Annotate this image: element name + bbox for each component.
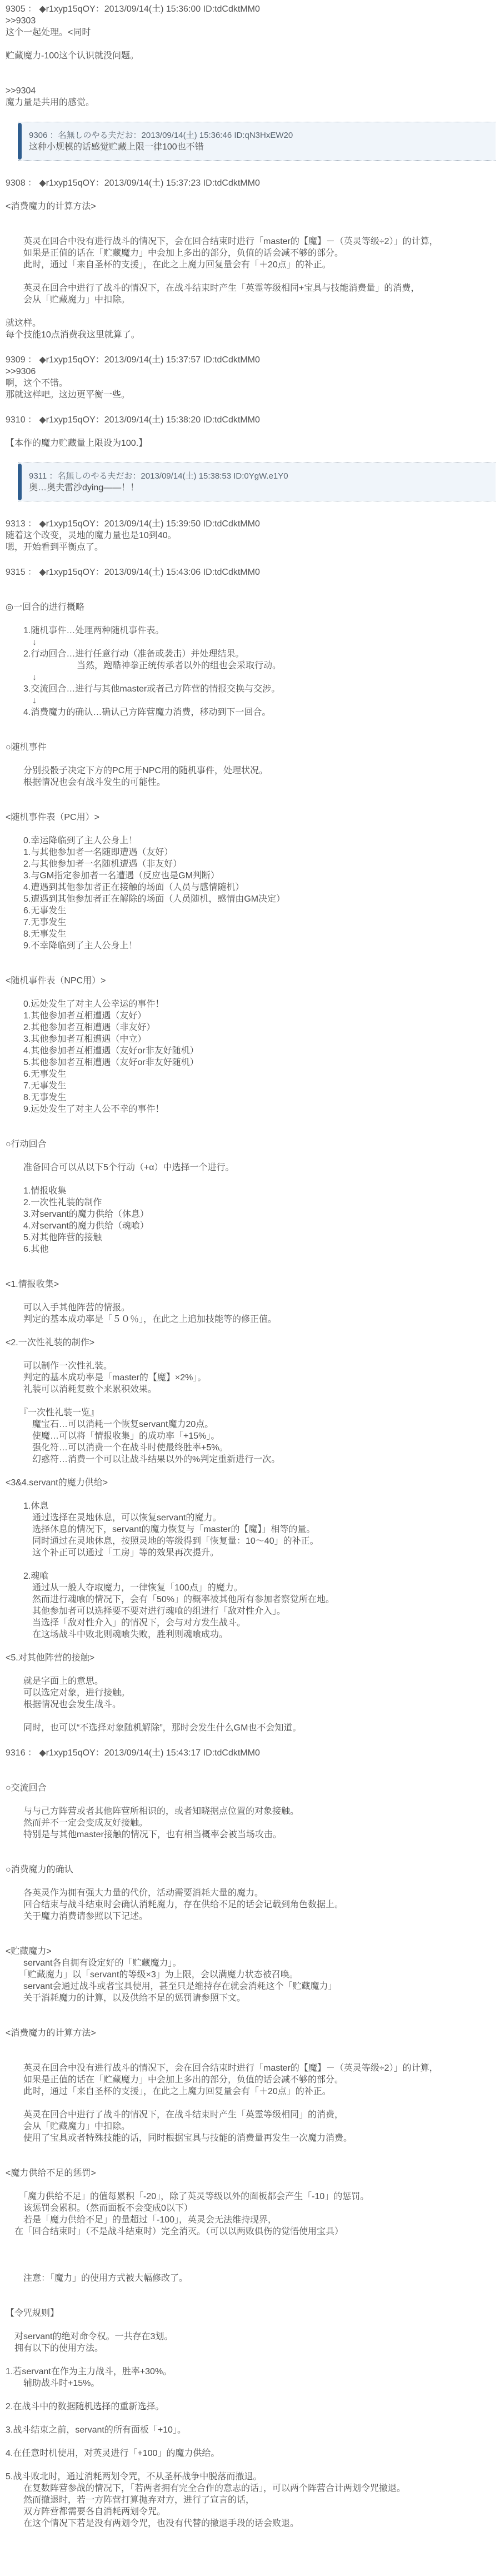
- text-line: 关于魔力消费请参照以下记述。: [6, 1911, 496, 1922]
- text-line: servant会通过战斗或者宝具使用，甚至只是维持存在就会消耗这个「贮藏魔力」: [6, 1981, 496, 1992]
- text-line: 7.无事发生: [6, 917, 496, 928]
- text-line: [6, 1852, 496, 1864]
- text-line: [6, 718, 496, 730]
- text-line: <随机事件表（PC用）>: [6, 812, 496, 823]
- text-line: 啊，这个不错。: [6, 377, 496, 389]
- text-line: [6, 963, 496, 975]
- text-line: 魔力量是共用的感觉。: [6, 97, 496, 108]
- text-line: 2.在战斗中的数据随机选择的重新选择。: [6, 2401, 496, 2413]
- text-line: [6, 2039, 496, 2051]
- text-line: [6, 1876, 496, 1887]
- text-line: 2.其他参加者互相遭遇（非友好）: [6, 1022, 496, 1033]
- text-line: 礼装可以消耗复数个来累积效果。: [6, 1384, 496, 1395]
- text-line: 2.魂喰: [6, 1570, 496, 1582]
- text-line: 3.其他参加者互相遭遇（中立）: [6, 1033, 496, 1045]
- text-line: [6, 2413, 496, 2424]
- text-line: [6, 2179, 496, 2191]
- text-line: [6, 753, 496, 765]
- text-line: [6, 224, 496, 236]
- text-line: 5.战斗败北时，通过消耗两划令咒，不从圣杯战争中脱落而撤退。: [6, 2471, 496, 2483]
- text-line: 通过选择在灵地休息，可以恢复servant的魔力。: [6, 1512, 496, 1524]
- text-line: [6, 2436, 496, 2448]
- text-line: 奥…奥夫雷沙dying——！！: [29, 482, 489, 494]
- text-line: 5.对其他阵营的接触: [6, 1232, 496, 1244]
- text-line: 双方阵营都需要各自消耗两划令咒。: [6, 2506, 496, 2518]
- text-line: 可以制作一次性礼装。: [6, 1360, 496, 1372]
- quote-content: 9306 ：名無しのやる夫だお：2013/09/14(土) 15:36:46 I…: [22, 122, 496, 160]
- text-line: [6, 1710, 496, 1722]
- text-line: [6, 2237, 496, 2249]
- text-line: 5.其他参加者互相遭遇（友好or非友好随机）: [6, 1057, 496, 1068]
- text-line: 准备回合可以从以下5个行动（+α）中选择一个进行。: [6, 1162, 496, 1173]
- text-line: 那就这样吧。这边更平衡一些。: [6, 389, 496, 401]
- text-line: 然而撤退时，若一方阵营打算抛弃对方，进行了宣言的话，: [6, 2494, 496, 2506]
- text-line: 8.无事发生: [6, 1092, 496, 1103]
- text-line: 然而并不一定会变成友好接触。: [6, 1817, 496, 1829]
- text-line: 9.远处发生了对主人公不幸的事件！: [6, 1103, 496, 1115]
- text-line: [6, 578, 496, 590]
- forum-post: 9308 ： ◆r1xyp15qOY：2013/09/14(土) 15:37:2…: [6, 177, 496, 341]
- text-line: [6, 2156, 496, 2167]
- text-line: 与与己方阵营或者其他阵营所相识的，或者知晓据点位置的对象接触。: [6, 1806, 496, 1817]
- text-line: [6, 952, 496, 963]
- forum-post: 9315 ： ◆r1xyp15qOY：2013/09/14(土) 15:43:0…: [6, 566, 496, 1734]
- text-line: 「魔力供给不足」的值每累积「-20」，除了英灵等级以外的面板都会产生「-10」的…: [6, 2191, 496, 2202]
- quote-left-bar: [18, 123, 22, 160]
- post-body: ○交流回合 与与己方阵营或者其他阵营所相识的，或者知晓据点位置的对象接触。 然而…: [6, 1759, 496, 2529]
- text-line: 同时通过在灵地休息，按照灵地的等级得到「恢复量：10～40」的补正。: [6, 1535, 496, 1547]
- text-line: 拥有以下的使用方法。: [6, 2343, 496, 2354]
- quote-post-body: 奥…奥夫雷沙dying——！！: [29, 482, 489, 494]
- text-line: [6, 2284, 496, 2296]
- text-line: 根据情况也会发生战斗。: [6, 1699, 496, 1710]
- text-line: 1.情报收集: [6, 1185, 496, 1197]
- text-line: 这个补正可以通过「工房」等的效果再次提升。: [6, 1547, 496, 1559]
- text-line: 2.行动回合…进行任意行动（准备或袭击）并处理结果。: [6, 648, 496, 660]
- text-line: 判定的基本成功率是「master的【魔】×2%」。: [6, 1372, 496, 1384]
- quote-post-header: 9311 ：名無しのやる夫だお：2013/09/14(土) 15:38:53 I…: [29, 470, 489, 482]
- text-line: 使用了宝具或者特殊技能的话，同时根据宝具与技能的消费量再发生一次魔力消费。: [6, 2132, 496, 2144]
- text-line: 7.无事发生: [6, 1080, 496, 1092]
- text-line: ○消费魔力的确认: [6, 1864, 496, 1876]
- text-line: 英灵在回合中没有进行战斗的情况下，会在回合结束时进行「master的【魔】－（英…: [6, 236, 496, 247]
- text-line: servant各自拥有设定好的「贮藏魔力」。: [6, 1957, 496, 1969]
- quote-left-bar: [18, 464, 22, 500]
- text-line: 对servant的绝对命令权。一共存在3划。: [6, 2331, 496, 2343]
- text-line: 如果是正值的话在「贮藏魔力」中会加上多出的部分，负值的话会减不够的部分。: [6, 2074, 496, 2086]
- text-line: [6, 271, 496, 282]
- text-line: 特别是与其他master接触的情况下，也有相当概率会被当场攻击。: [6, 1829, 496, 1841]
- reply-anchor: >>9306: [6, 366, 496, 377]
- text-line: 强化符…可以消费一个在战斗时使最终胜率+5%。: [6, 1442, 496, 1454]
- text-line: [6, 2097, 496, 2109]
- text-line: [6, 1395, 496, 1407]
- text-line: [6, 2249, 496, 2261]
- text-line: ↓: [6, 672, 496, 683]
- text-line: 每个技能10点消费我这里就算了。: [6, 329, 496, 341]
- text-line: [6, 2051, 496, 2062]
- text-line: 3.交流回合…进行与其他master或者己方阵营的情报交换与交涉。: [6, 683, 496, 695]
- text-line: 1.休息: [6, 1500, 496, 1512]
- text-line: 使魔…可以将「情报收集」的成功率「+15%」。: [6, 1430, 496, 1442]
- text-line: [6, 1922, 496, 1934]
- text-line: 此时，通过「来自圣杯的支援」，在此之上魔力回复量会有「＋20点」的补正。: [6, 259, 496, 271]
- text-line: <1.情报收集>: [6, 1279, 496, 1290]
- text-line: [6, 1349, 496, 1360]
- text-line: 同时，也可以“不选择对象随机解除”，那时会发生什么GM也不会知道。: [6, 1722, 496, 1734]
- text-line: 回合结束与战斗结束时会确认消耗魔力，存在供给不足的话会记载到角色数据上。: [6, 1899, 496, 1911]
- text-line: 0.远处发生了对主人公幸运的事件！: [6, 998, 496, 1010]
- text-line: [6, 212, 496, 224]
- post-body: 随着这个改变，灵地的魔力量也是10到40。嗯，开始看到平衡点了。: [6, 530, 496, 553]
- text-line: [6, 1290, 496, 1302]
- forum-post: 9313 ： ◆r1xyp15qOY：2013/09/14(土) 15:39:5…: [6, 518, 496, 553]
- text-line: [6, 1771, 496, 1782]
- quote-post-body: 这种小规模的话感觉贮藏上限一律100也不错: [29, 141, 489, 153]
- text-line: [6, 2389, 496, 2401]
- text-line: [6, 590, 496, 601]
- text-line: [6, 38, 496, 50]
- text-line: [6, 2296, 496, 2308]
- text-line: 5.遭遇到其他参加者正在解除的场面（人员随机，感情由GM决定）: [6, 893, 496, 905]
- text-line: [6, 1934, 496, 1946]
- text-line: 然而进行魂喰的情况下，会有「50%」的概率被其他所有参加者察觉所在地。: [6, 1594, 496, 1605]
- text-line: 「贮藏魔力」以「servant的等级×3」为上限，会以满魔力状态被召唤。: [6, 1969, 496, 1981]
- quote-post-header: 9306 ：名無しのやる夫だお：2013/09/14(土) 15:36:46 I…: [29, 130, 489, 141]
- text-line: 当选择「敌对性介入」的情况下，会与对方发生战斗。: [6, 1617, 496, 1629]
- text-line: 贮藏魔力-100这个认识就没问题。: [6, 50, 496, 62]
- text-line: [6, 1115, 496, 1127]
- post-header: 9313 ： ◆r1xyp15qOY：2013/09/14(土) 15:39:5…: [6, 518, 496, 530]
- text-line: 1.若servant在作为主力战斗，胜率+30%。: [6, 2366, 496, 2378]
- text-line: [6, 1465, 496, 1477]
- text-line: 【令咒规则】: [6, 2308, 496, 2319]
- text-line: [6, 306, 496, 317]
- text-line: 【本作的魔力贮藏量上限设为100.】: [6, 437, 496, 449]
- text-line: 英灵在回合中进行了战斗的情况下，在战斗结束时产生「英霊等级相同+宝具与技能消费量…: [6, 282, 496, 294]
- text-line: 幻惑符…消费一个可以让战斗结果以外的%判定重新进行一次。: [6, 1454, 496, 1465]
- text-line: 各英灵作为拥有强大力量的代价，活动需要消耗大量的魔力。: [6, 1887, 496, 1899]
- text-line: [6, 987, 496, 998]
- post-header: 9315 ： ◆r1xyp15qOY：2013/09/14(土) 15:43:0…: [6, 566, 496, 578]
- text-line: 4.在任意时机使用，对英灵进行「+100」的魔力供给。: [6, 2448, 496, 2459]
- text-line: 『一次性礼装一览』: [6, 1407, 496, 1419]
- text-line: 6.其他: [6, 1244, 496, 1255]
- text-line: [6, 1173, 496, 1185]
- post-header: 9310 ： ◆r1xyp15qOY：2013/09/14(土) 15:38:2…: [6, 414, 496, 426]
- text-line: <2.一次性礼装的制作>: [6, 1337, 496, 1349]
- text-line: [6, 788, 496, 800]
- text-line: 在这个情况下若是没有两划令咒，也没有代替的撤退手段的话会败退。: [6, 2518, 496, 2529]
- text-line: [6, 2354, 496, 2366]
- text-line: 8.无事发生: [6, 928, 496, 940]
- text-line: 英灵在回合中进行了战斗的情况下，在战斗结束时产生「英霊等级相同」的消费，: [6, 2109, 496, 2121]
- quoted-post: 9306 ：名無しのやる夫だお：2013/09/14(土) 15:36:46 I…: [18, 122, 496, 161]
- text-line: 此时，通过「来自圣杯的支援」，在此之上魔力回复量会有「＋20点」的补正。: [6, 2086, 496, 2097]
- text-line: [6, 1267, 496, 1279]
- text-line: 6.无事发生: [6, 1068, 496, 1080]
- text-line: 选择休息的情况下，servant的魔力恢复与「master的【魔】」相等的量。: [6, 1524, 496, 1535]
- text-line: 2.与其他参加者一名随机遭遇（非友好）: [6, 858, 496, 870]
- text-line: [6, 1640, 496, 1652]
- text-line: [6, 823, 496, 835]
- text-line: [6, 2016, 496, 2027]
- text-line: [6, 189, 496, 201]
- text-line: 4.对servant的魔力供给（魂喰）: [6, 1220, 496, 1232]
- reply-anchor: >>9303: [6, 15, 496, 27]
- text-line: 若是「魔力供给不足」的量超过「-100」，英灵会无法维持现界，: [6, 2214, 496, 2226]
- text-line: [6, 1489, 496, 1500]
- text-line: 该惩罚会累积。（然而面板不会变成0以下）: [6, 2202, 496, 2214]
- text-line: 这个一起处理。<同时: [6, 27, 496, 38]
- post-body: <消费魔力的计算方法> 英灵在回合中没有进行战斗的情况下，会在回合结束时进行「m…: [6, 189, 496, 341]
- text-line: [6, 2144, 496, 2156]
- text-line: ↓: [6, 695, 496, 707]
- text-line: [6, 1127, 496, 1138]
- text-line: 在「回合结束时」（不是战斗结束时）完全消灭。（可以以两败俱伤的觉悟使用宝具）: [6, 2226, 496, 2237]
- forum-thread: 9305 ： ◆r1xyp15qOY：2013/09/14(土) 15:36:0…: [0, 0, 500, 2576]
- text-line: <5.对其他阵营的接触>: [6, 1652, 496, 1664]
- quoted-post: 9311 ：名無しのやる夫だお：2013/09/14(土) 15:38:53 I…: [18, 463, 496, 501]
- text-line: 1.随机事件…处理两种随机事件表。: [6, 625, 496, 636]
- text-line: 0.幸运降临到了主人公身上！: [6, 835, 496, 847]
- text-line: [6, 62, 496, 73]
- text-line: ○行动回合: [6, 1138, 496, 1150]
- text-line: [6, 1255, 496, 1267]
- text-line: 3.对servant的魔力供给（休息）: [6, 1209, 496, 1220]
- text-line: <魔力供给不足的惩罚>: [6, 2167, 496, 2179]
- text-line: [6, 1759, 496, 1771]
- quote-content: 9311 ：名無しのやる夫だお：2013/09/14(土) 15:38:53 I…: [22, 463, 496, 501]
- text-line: 3.与GM指定参加者一名遭遇（反应也是GM判断）: [6, 870, 496, 882]
- forum-post: 9309 ： ◆r1xyp15qOY：2013/09/14(土) 15:37:5…: [6, 354, 496, 401]
- text-line: [6, 800, 496, 812]
- text-line: <消费魔力的计算方法>: [6, 2027, 496, 2039]
- forum-post: 9310 ： ◆r1xyp15qOY：2013/09/14(土) 15:38:2…: [6, 414, 496, 449]
- text-line: <消费魔力的计算方法>: [6, 201, 496, 212]
- text-line: 辅助战斗时+15%。: [6, 2378, 496, 2389]
- text-line: [6, 1150, 496, 1162]
- text-line: <随机事件表（NPC用）>: [6, 975, 496, 987]
- text-line: 嗯，开始看到平衡点了。: [6, 541, 496, 553]
- text-line: 随着这个改变，灵地的魔力量也是10到40。: [6, 530, 496, 541]
- post-body: >>9303这个一起处理。<同时 贮藏魔力-100这个认识就没问题。 >>930…: [6, 15, 496, 108]
- text-line: 1.其他参加者互相遭遇（友好）: [6, 1010, 496, 1022]
- text-line: [6, 1325, 496, 1337]
- text-line: [6, 73, 496, 85]
- text-line: 9.不幸降临到了主人公身上！: [6, 940, 496, 952]
- text-line: [6, 2261, 496, 2272]
- text-line: 关于消耗魔力的计算，以及供给不足的惩罚请参照下文。: [6, 1992, 496, 2004]
- text-line: 4.消费魔力的确认…确认己方阵营魔力消费，移动到下一回合。: [6, 707, 496, 718]
- post-body: 【本作的魔力贮藏量上限设为100.】: [6, 426, 496, 449]
- text-line: 2.一次性礼装的制作: [6, 1197, 496, 1209]
- text-line: 在这场战斗中败北则魂喰失败，胜利则魂喰成功。: [6, 1629, 496, 1640]
- post-header: 9316 ： ◆r1xyp15qOY：2013/09/14(土) 15:43:1…: [6, 1747, 496, 1759]
- text-line: 分别投骰子决定下方的PC用于NPC用的随机事件，处理状况。: [6, 765, 496, 777]
- text-line: 根据情况也会有战斗发生的可能性。: [6, 777, 496, 788]
- text-line: ◎一回合的进行概略: [6, 601, 496, 613]
- text-line: 会从「贮藏魔力」中扣除。: [6, 2121, 496, 2132]
- text-line: ○随机事件: [6, 742, 496, 753]
- post-header: 9308 ： ◆r1xyp15qOY：2013/09/14(土) 15:37:2…: [6, 177, 496, 189]
- text-line: 6.无事发生: [6, 905, 496, 917]
- reply-anchor: >>9304: [6, 85, 496, 97]
- text-line: [6, 1559, 496, 1570]
- text-line: 英灵在回合中没有进行战斗的情况下，会在回合结束时进行「master的【魔】－（英…: [6, 2062, 496, 2074]
- text-line: 4.其他参加者互相遭遇（友好or非友好随机）: [6, 1045, 496, 1057]
- post-body: >>9306啊，这个不错。那就这样吧。这边更平衡一些。: [6, 366, 496, 401]
- text-line: 当然，跑酷神拳正统传承者以外的组也会采取行动。: [6, 660, 496, 672]
- text-line: ○交流回合: [6, 1782, 496, 1794]
- text-line: 通过从一般人夺取魔力，一律恢复「100点」的魔力。: [6, 1582, 496, 1594]
- text-line: [6, 730, 496, 742]
- text-line: 就是字面上的意思。: [6, 1675, 496, 1687]
- text-line: 4.遭遇到其他参加者正在接触的场面（人员与感情随机）: [6, 882, 496, 893]
- text-line: 这种小规模的话感觉贮藏上限一律100也不错: [29, 141, 489, 153]
- text-line: 魔宝石…可以消耗一个恢复servant魔力20点。: [6, 1419, 496, 1430]
- text-line: [6, 613, 496, 625]
- text-line: 可以入手其他阵营的情报。: [6, 1302, 496, 1314]
- text-line: 3.战斗结束之前，servant的所有面板「+10」。: [6, 2424, 496, 2436]
- text-line: [6, 1841, 496, 1852]
- text-line: 会从「贮藏魔力」中扣除。: [6, 294, 496, 306]
- text-line: [6, 1794, 496, 1806]
- text-line: 注意：「魔力」的使用方式被大幅修改了。: [6, 2272, 496, 2284]
- text-line: 可以选定对象，进行接触。: [6, 1687, 496, 1699]
- post-header: 9309 ： ◆r1xyp15qOY：2013/09/14(土) 15:37:5…: [6, 354, 496, 366]
- text-line: 就这样。: [6, 317, 496, 329]
- post-body: ◎一回合的进行概略 1.随机事件…处理两种随机事件表。 ↓ 2.行动回合…进行任…: [6, 578, 496, 1734]
- text-line: ↓: [6, 636, 496, 648]
- forum-post: 9305 ： ◆r1xyp15qOY：2013/09/14(土) 15:36:0…: [6, 3, 496, 108]
- text-line: [6, 2319, 496, 2331]
- text-line: [6, 1664, 496, 1675]
- text-line: <贮藏魔力>: [6, 1946, 496, 1957]
- text-line: [6, 2004, 496, 2016]
- text-line: [6, 2459, 496, 2471]
- forum-post: 9316 ： ◆r1xyp15qOY：2013/09/14(土) 15:43:1…: [6, 1747, 496, 2529]
- text-line: 判定的基本成功率是「５０％」，在此之上追加技能等的修正值。: [6, 1314, 496, 1325]
- post-header: 9305 ： ◆r1xyp15qOY：2013/09/14(土) 15:36:0…: [6, 3, 496, 15]
- text-line: 如果是正值的话在「贮藏魔力」中会加上多出的部分，负值的话会减不够的部分。: [6, 247, 496, 259]
- text-line: 1.与其他参加者一名随即遭遇（友好）: [6, 847, 496, 858]
- text-line: <3&4.servant的魔力供给>: [6, 1477, 496, 1489]
- text-line: 在复数阵营参战的情况下，「若两者拥有完全合作的意志的话」，可以两个阵营合计两划令…: [6, 2483, 496, 2494]
- text-line: 其他参加者可以选择要不要对进行魂喰的组进行「敌对性介入」。: [6, 1605, 496, 1617]
- text-line: [6, 426, 496, 437]
